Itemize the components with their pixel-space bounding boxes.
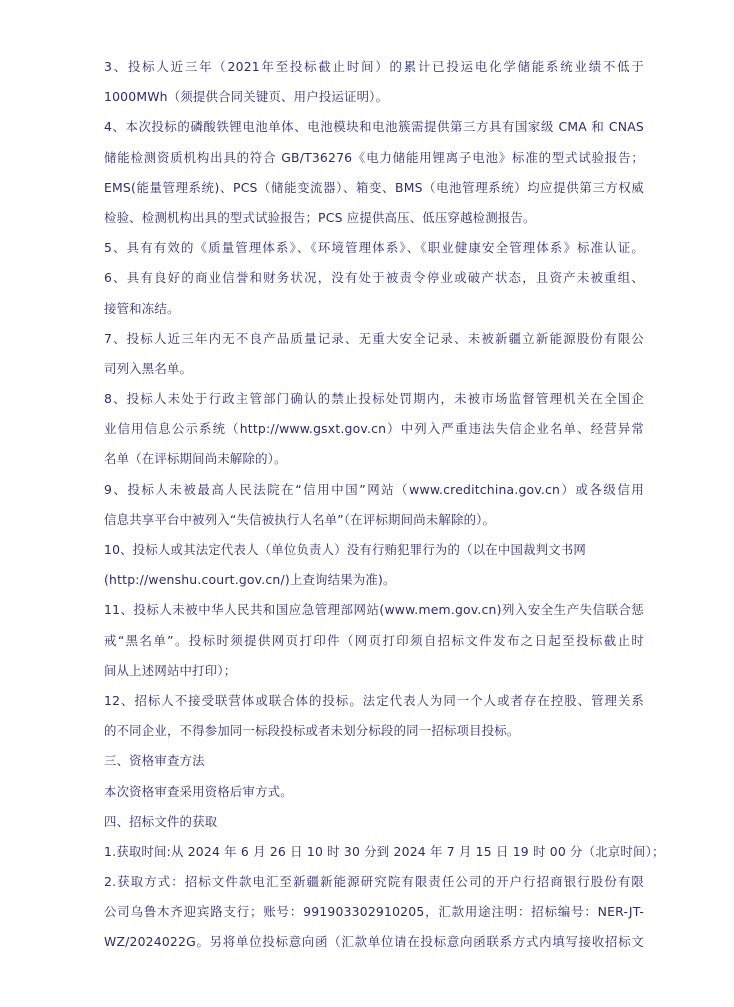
document-text-line: 9、投标人未被最高人民法院在“信用中国”网站（www.creditchina.g…: [104, 478, 644, 508]
document-text-line: (http://wenshu.court.gov.cn/)上查询结果为准)。: [104, 568, 644, 598]
document-text-line: 的不同企业，不得参加同一标段投标或者未划分标段的同一招标项目投标。: [104, 719, 644, 749]
document-text-line: 检验、检测机构出具的型式试验报告；PCS 应提供高压、低压穿越检测报告。: [104, 206, 644, 236]
document-text-line: 1.获取时间:从 2024 年 6 月 26 日 10 时 30 分到 2024…: [104, 840, 644, 870]
document-text-line: WZ/2024022G。另将单位投标意向函（汇款单位请在投标意向函联系方式内填写…: [104, 930, 644, 960]
document-text-line: 业信用信息公示系统（http://www.gsxt.gov.cn）中列入严重违法…: [104, 417, 644, 447]
document-text-line: 8、投标人未处于行政主管部门确认的禁止投标处罚期内，未被市场监督管理机关在全国企: [104, 387, 644, 417]
document-text-line: 本次资格审查采用资格后审方式。: [104, 780, 644, 810]
document-text-line: 信息共享平台中被列入“失信被执行人名单”（在评标期间尚未解除的）。: [104, 508, 644, 538]
document-page: 3、投标人近三年（2021年至投标截止时间）的累计已投运电化学储能系统业绩不低于…: [104, 55, 644, 961]
document-text-line: EMS(能量管理系统)、PCS（储能变流器）、箱变、BMS（电池管理系统）均应提…: [104, 176, 644, 206]
document-text-line: 四、招标文件的获取: [104, 810, 644, 840]
document-text-line: 名单（在评标期间尚未解除的）。: [104, 447, 644, 477]
document-text-line: 接管和冻结。: [104, 297, 644, 327]
document-text-line: 2.获取方式：招标文件款电汇至新疆新能源研究院有限责任公司的开户行招商银行股份有…: [104, 870, 644, 900]
document-text-line: 三、资格审查方法: [104, 749, 644, 779]
document-text-line: 公司乌鲁木齐迎宾路支行；账号：991903302910205，汇款用途注明：招标…: [104, 900, 644, 930]
document-text-line: 12、招标人不接受联营体或联合体的投标。法定代表人为同一个人或者存在控股、管理关…: [104, 689, 644, 719]
document-text-line: 储能检测资质机构出具的符合 GB/T36276《电力储能用锂离子电池》标准的型式…: [104, 146, 644, 176]
document-text-line: 司列入黑名单。: [104, 357, 644, 387]
document-text-line: 戒“黑名单”。投标时须提供网页打印件（网页打印须自招标文件发布之日起至投标截止时: [104, 629, 644, 659]
document-text-line: 10、投标人或其法定代表人（单位负责人）没有行贿犯罪行为的（以在中国裁判文书网: [104, 538, 644, 568]
document-text-line: 6、具有良好的商业信誉和财务状况，没有处于被责令停业或破产状态，且资产未被重组、: [104, 266, 644, 296]
document-text-line: 11、投标人未被中华人民共和国应急管理部网站(www.mem.gov.cn)列入…: [104, 598, 644, 628]
document-text-line: 7、投标人近三年内无不良产品质量记录、无重大安全记录、未被新疆立新能源股份有限公: [104, 327, 644, 357]
document-text-line: 1000MWh（须提供合同关键页、用户投运证明）。: [104, 85, 644, 115]
document-text-line: 4、本次投标的磷酸铁锂电池单体、电池模块和电池簇需提供第三方具有国家级 CMA …: [104, 115, 644, 145]
document-text-line: 5、具有有效的《质量管理体系》、《环境管理体系》、《职业健康安全管理体系》标准认…: [104, 236, 644, 266]
document-text-line: 3、投标人近三年（2021年至投标截止时间）的累计已投运电化学储能系统业绩不低于: [104, 55, 644, 85]
document-text-line: 间从上述网站中打印）；: [104, 659, 644, 689]
